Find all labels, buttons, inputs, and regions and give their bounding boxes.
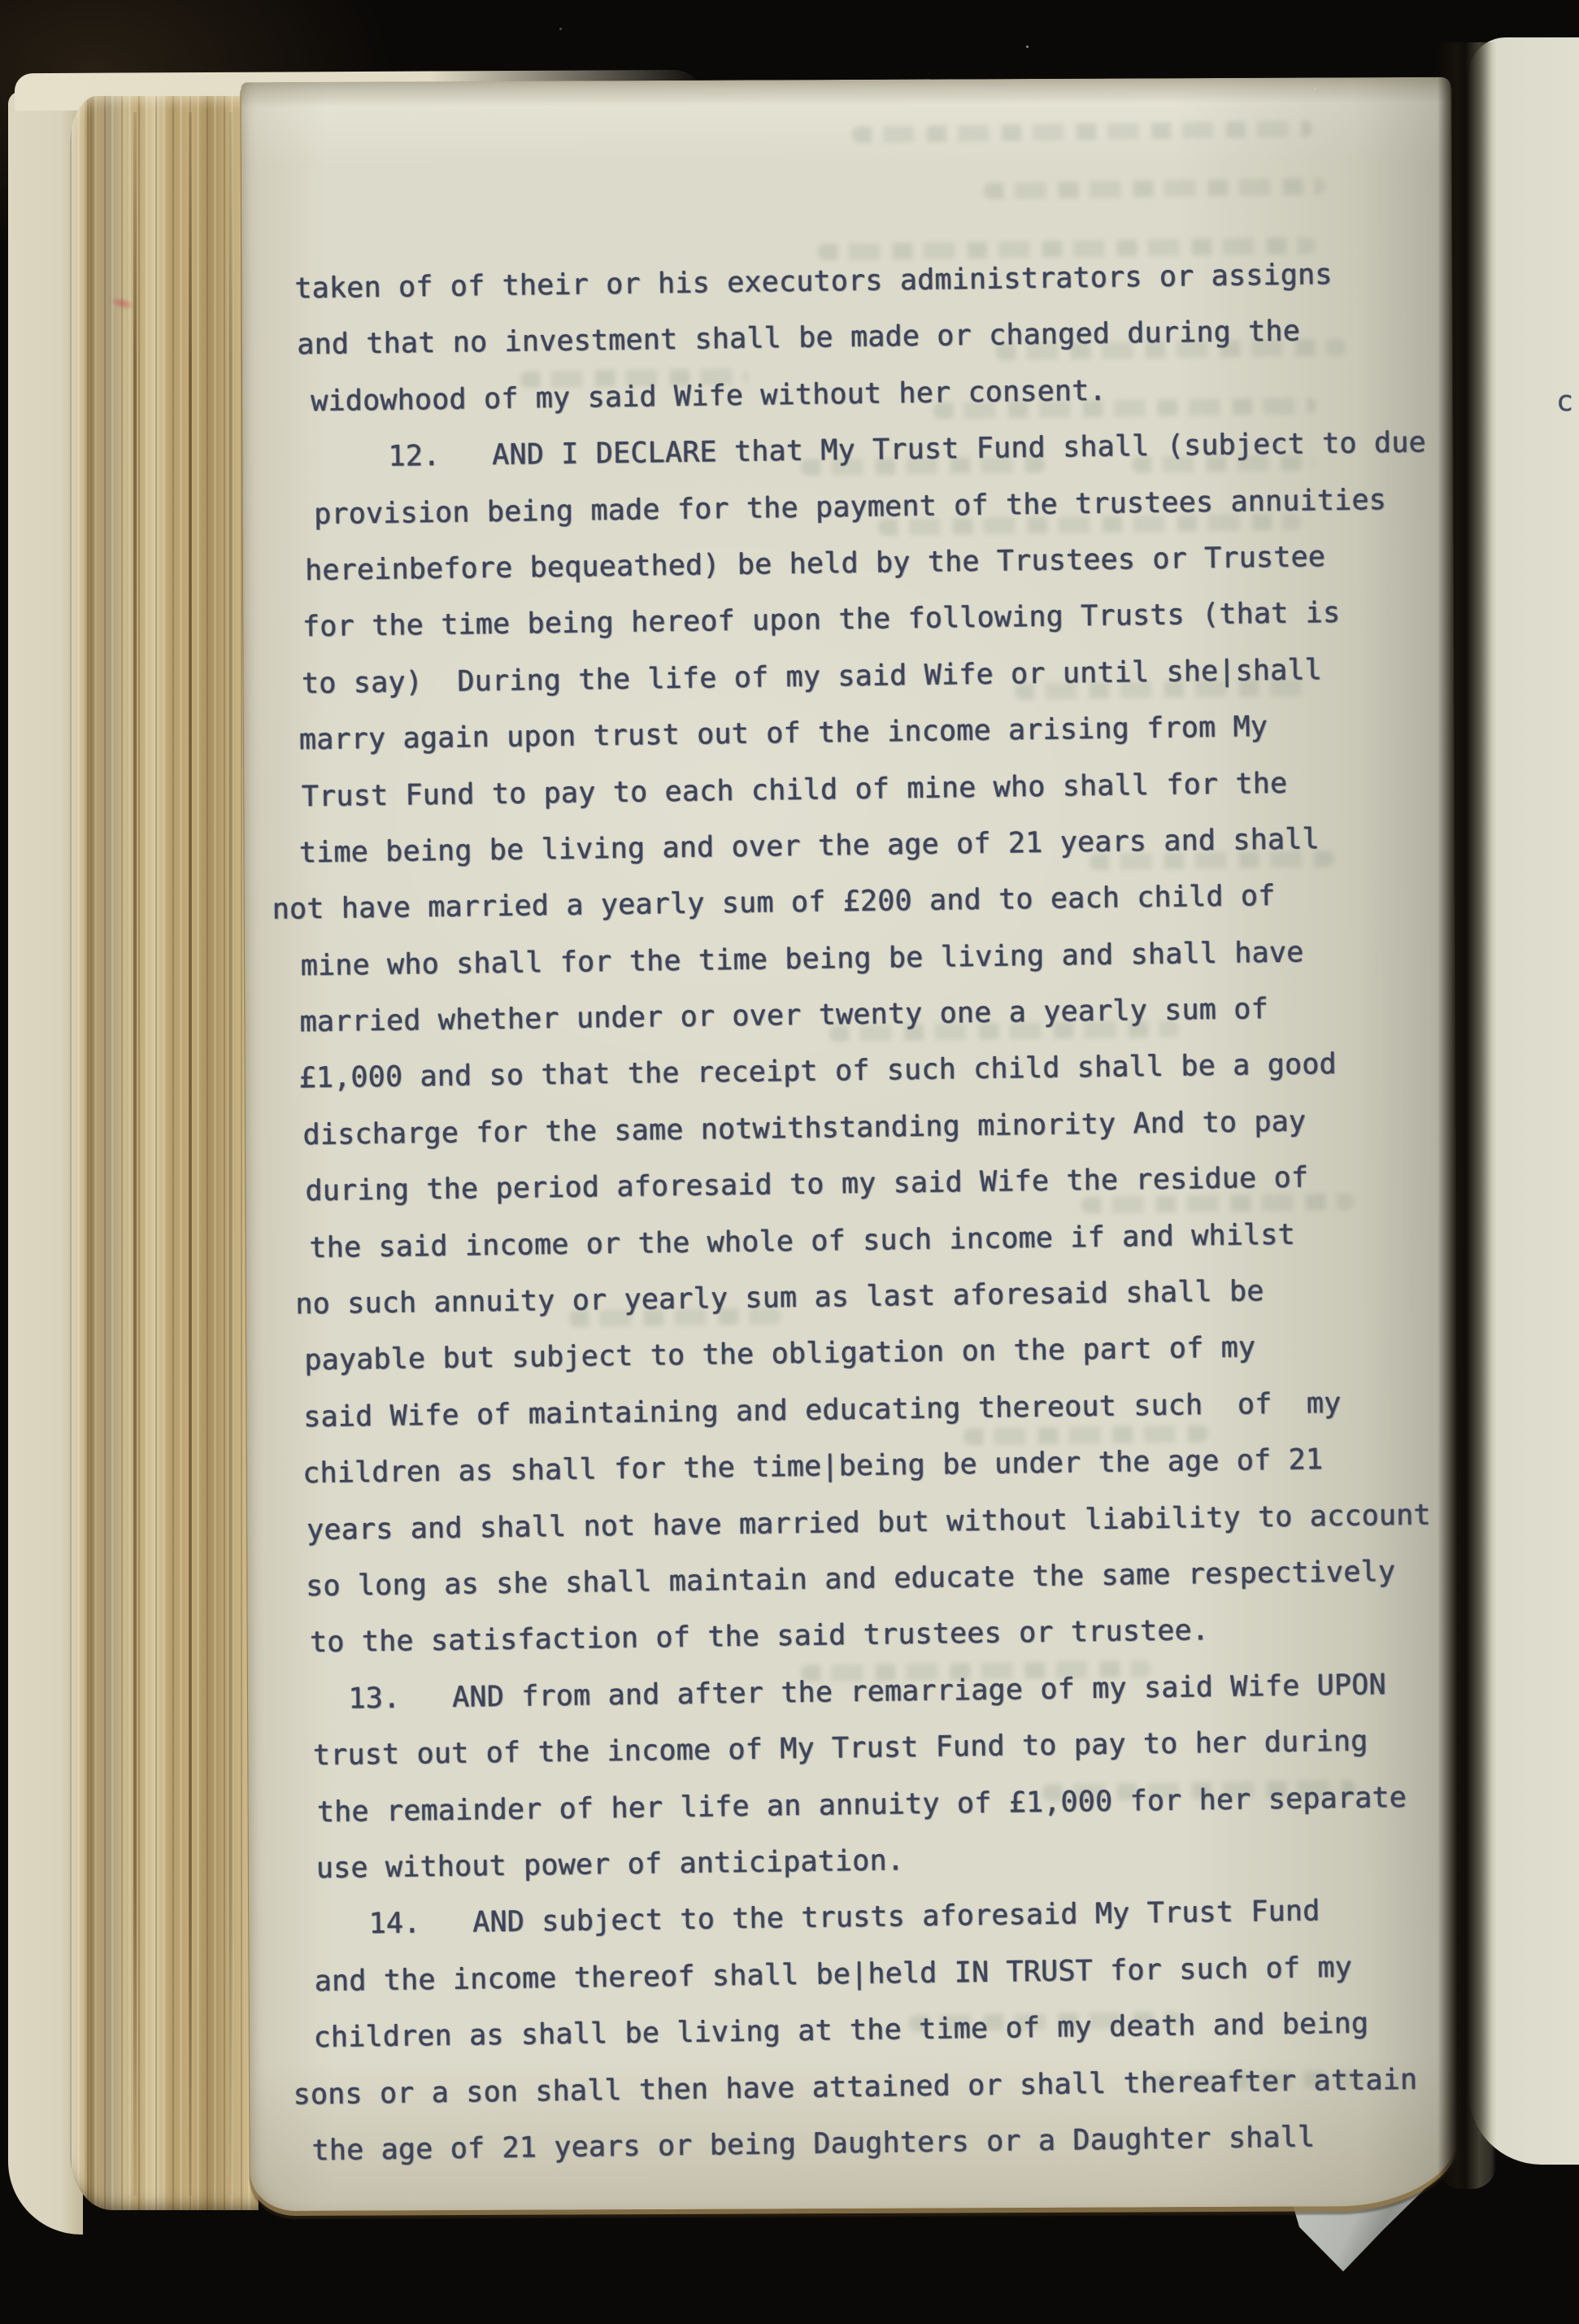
page-edge-crease (229, 112, 233, 2196)
dust-speck (559, 28, 562, 30)
page-edge-stack (70, 96, 259, 2210)
page-edge-crease (133, 112, 137, 2196)
book-photo: taken of of their or his executors admin… (0, 0, 1579, 2324)
dust-speck (1026, 46, 1029, 48)
page-edge-crease (189, 112, 192, 2196)
facing-page-text-fragment: c (1556, 385, 1573, 418)
book-gutter-shadow (1438, 42, 1496, 2189)
typewritten-text: taken of of their or his executors admin… (296, 245, 1525, 2179)
dust-speck (1314, 88, 1316, 90)
